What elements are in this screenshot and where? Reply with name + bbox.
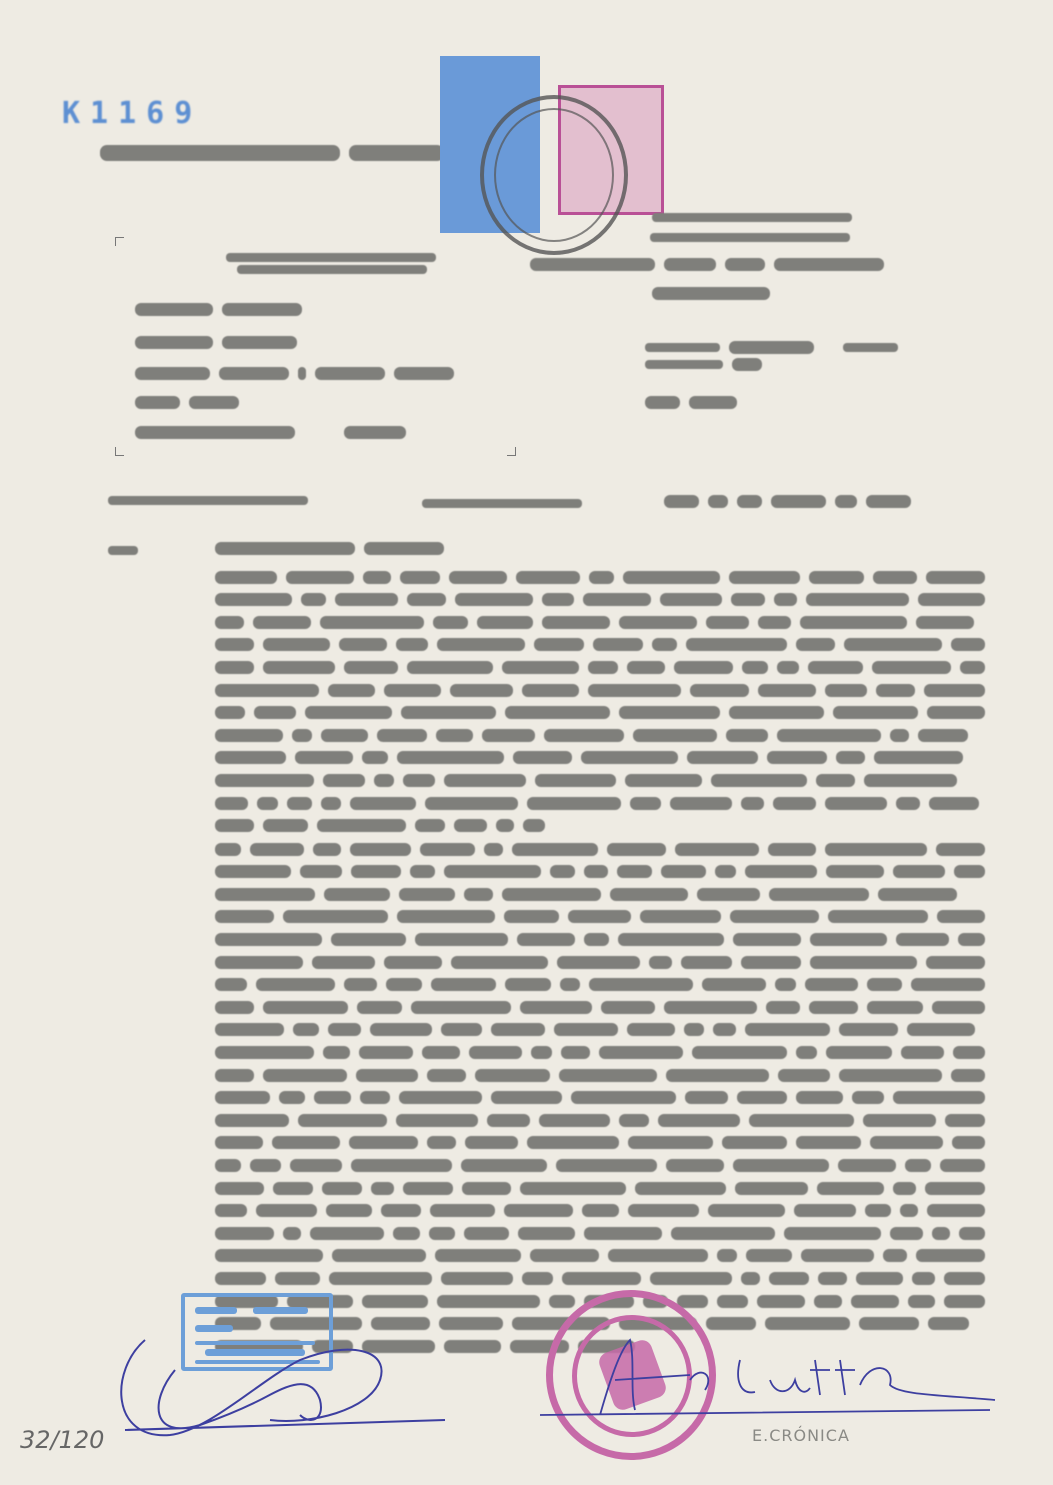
body-line	[215, 1068, 985, 1082]
body-line	[215, 1091, 985, 1105]
date-line	[664, 494, 911, 508]
sender-line	[237, 262, 427, 276]
body-line	[215, 728, 968, 742]
body-line	[215, 910, 985, 924]
body-line	[215, 865, 985, 879]
right-header-line	[645, 357, 762, 371]
reference-number: K1169	[62, 96, 202, 131]
reference-line	[108, 493, 308, 507]
body-line	[215, 615, 974, 629]
body-line	[215, 819, 545, 833]
right-header-line	[645, 395, 737, 409]
body-line	[215, 593, 985, 607]
recipient-line	[135, 425, 406, 439]
recipient-line	[135, 302, 302, 316]
window-corner	[115, 237, 124, 246]
body-line	[215, 751, 963, 765]
body-line	[215, 842, 985, 856]
body-line	[215, 1158, 985, 1172]
body-line	[215, 1249, 985, 1263]
body-line	[215, 1271, 985, 1285]
body-line	[215, 887, 957, 901]
body-line	[215, 1181, 985, 1195]
left-signature	[110, 1330, 460, 1450]
body-line	[215, 932, 985, 946]
recipient-line	[135, 366, 454, 380]
window-corner	[507, 447, 516, 456]
window-corner	[115, 447, 124, 456]
body-line	[215, 706, 985, 720]
body-line	[215, 660, 985, 674]
recipient-line	[135, 395, 239, 409]
recipient-line	[135, 335, 297, 349]
right-header-line	[645, 340, 898, 354]
body-line	[215, 638, 985, 652]
body-line	[215, 1000, 985, 1014]
right-header-line	[652, 286, 770, 300]
body-line	[215, 1113, 985, 1127]
body-line	[215, 1023, 975, 1037]
body-line	[215, 683, 985, 697]
subject-label	[108, 543, 138, 557]
right-signature	[540, 1320, 1000, 1430]
body-line	[215, 1226, 985, 1240]
body-line	[215, 1204, 985, 1218]
reference-line	[422, 496, 582, 510]
right-header-line	[652, 210, 852, 224]
right-header-line	[530, 257, 884, 271]
body-line	[215, 978, 985, 992]
body-line	[215, 570, 985, 584]
body-line	[215, 773, 957, 787]
circular-stamp-inner	[494, 108, 614, 242]
body-line	[215, 1045, 985, 1059]
body-line	[215, 1136, 985, 1150]
body-line	[215, 955, 985, 969]
edition-number: 32/120	[20, 1426, 104, 1454]
body-line	[215, 796, 979, 810]
right-header-line	[650, 230, 850, 244]
subject	[215, 541, 444, 555]
artist-name: E.CRÓNICA	[752, 1426, 850, 1445]
letterhead	[100, 146, 444, 160]
